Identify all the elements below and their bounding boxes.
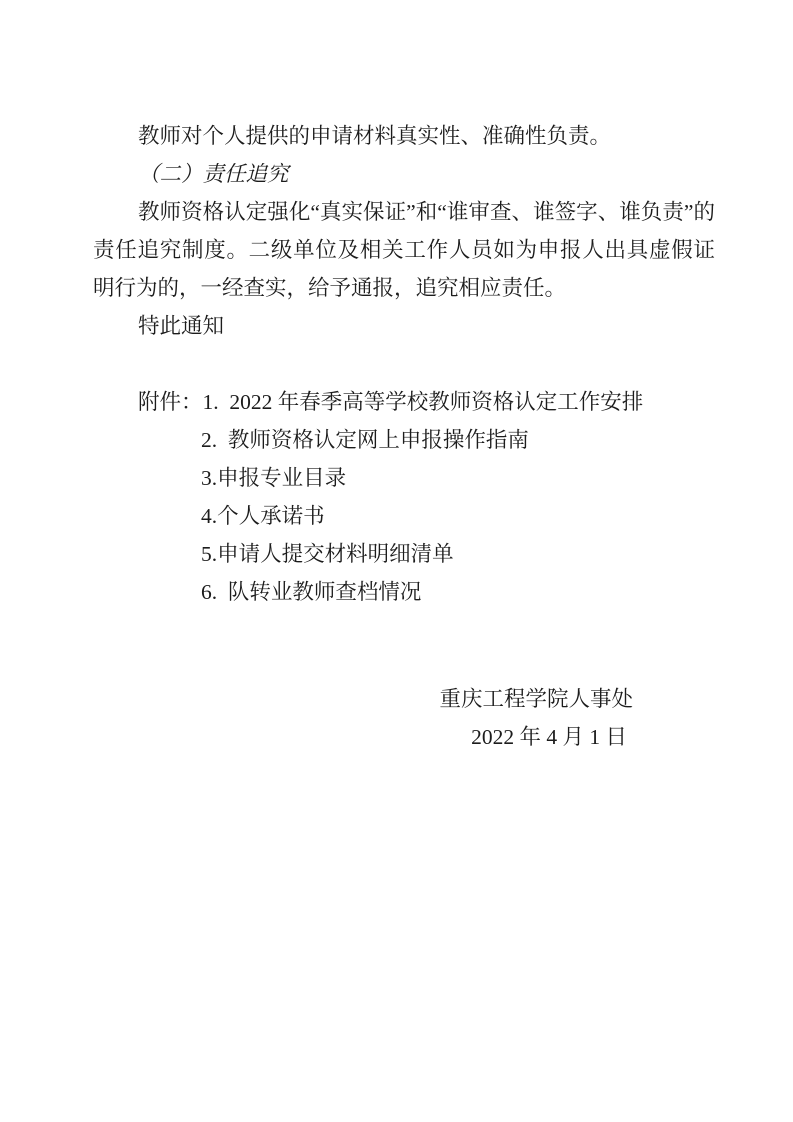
attachment-item-5: 5.申请人提交材料明细清单 xyxy=(93,535,715,573)
signature-block: 重庆工程学院人事处 2022 年 4 月 1 日 xyxy=(93,680,715,756)
attachments-label: 附件： xyxy=(138,390,203,414)
attachment-item-2: 2. 教师资格认定网上申报操作指南 xyxy=(93,421,715,459)
attachment-item-6: 6. 队转业教师查档情况 xyxy=(93,573,715,611)
attachments-list: 附件：1. 2022 年春季高等学校教师资格认定工作安排 2. 教师资格认定网上… xyxy=(93,383,715,611)
paragraph-accountability-detail: 教师资格认定强化“真实保证”和“谁审查、谁签字、谁负责”的责任追究制度。二级单位… xyxy=(93,193,715,307)
signature-date: 2022 年 4 月 1 日 xyxy=(93,718,715,756)
attachment-item-3: 3.申报专业目录 xyxy=(93,459,715,497)
document-body: 教师对个人提供的申请材料真实性、准确性负责。 （二）责任追究 教师资格认定强化“… xyxy=(93,117,715,756)
attachment-line-1: 附件：1. 2022 年春季高等学校教师资格认定工作安排 xyxy=(93,383,715,421)
attachment-item-1: 1. 2022 年春季高等学校教师资格认定工作安排 xyxy=(203,390,644,414)
signature-organization: 重庆工程学院人事处 xyxy=(93,680,715,718)
document-page: 教师对个人提供的申请材料真实性、准确性负责。 （二）责任追究 教师资格认定强化“… xyxy=(0,0,793,1122)
section-heading-accountability: （二）责任追究 xyxy=(93,155,715,193)
paragraph-materials-responsibility: 教师对个人提供的申请材料真实性、准确性负责。 xyxy=(93,117,715,155)
closing-notice: 特此通知 xyxy=(93,307,715,345)
attachment-item-4: 4.个人承诺书 xyxy=(93,497,715,535)
